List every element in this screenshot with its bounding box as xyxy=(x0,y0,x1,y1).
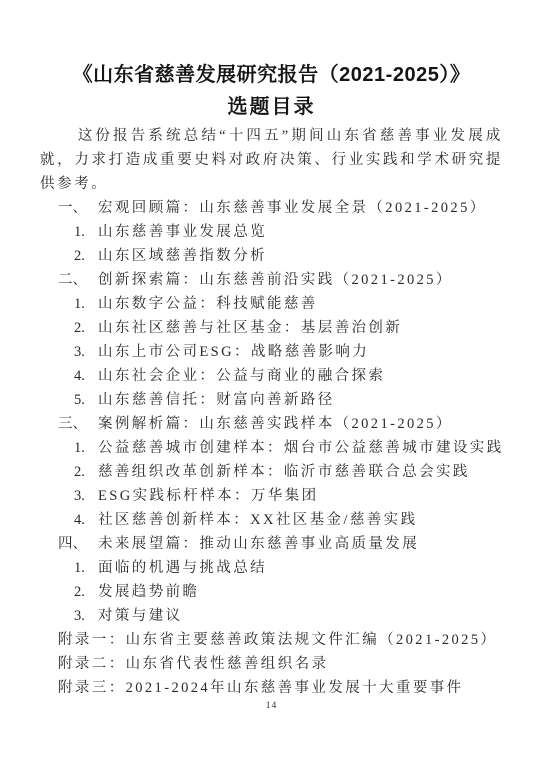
toc-line: 4.社区慈善创新样本：XX社区基金/慈善实践 xyxy=(40,508,503,532)
page-number: 14 xyxy=(0,701,543,711)
toc-text: 慈善组织改革创新样本：临沂市慈善联合总会实践 xyxy=(98,464,470,480)
toc-marker: 3. xyxy=(74,340,98,364)
report-title: 《山东省慈善发展研究报告（2021-2025）》 xyxy=(40,62,503,88)
toc-line: 4.山东社会企业：公益与商业的融合探索 xyxy=(40,364,503,388)
toc-text: 创新探索篇：山东慈善前沿实践（2021-2025） xyxy=(98,272,453,288)
toc-marker: 附录二： xyxy=(58,656,126,672)
toc-line: 3.ESG实践标杆样本：万华集团 xyxy=(40,484,503,508)
toc-line: 1.公益慈善城市创建样本：烟台市公益慈善城市建设实践 xyxy=(40,436,503,460)
toc-marker: 2. xyxy=(74,244,98,268)
toc-text: 对策与建议 xyxy=(98,608,183,624)
toc-marker: 三、 xyxy=(58,412,98,436)
toc-text: 山东上市公司ESG：战略慈善影响力 xyxy=(98,344,369,360)
toc-text: 未来展望篇：推动山东慈善事业高质量发展 xyxy=(98,536,419,552)
toc-marker: 4. xyxy=(74,508,98,532)
toc-marker: 附录三： xyxy=(58,680,126,696)
toc-text: 山东社区慈善与社区基金：基层善治创新 xyxy=(98,320,402,336)
toc-line: 三、案例解析篇：山东慈善实践样本（2021-2025） xyxy=(40,412,503,436)
toc-text: 面临的机遇与挑战总结 xyxy=(98,560,267,576)
toc-marker: 2. xyxy=(74,316,98,340)
toc-line: 1.面临的机遇与挑战总结 xyxy=(40,556,503,580)
toc-marker: 一、 xyxy=(58,196,98,220)
toc-marker: 3. xyxy=(74,604,98,628)
toc-line: 2.慈善组织改革创新样本：临沂市慈善联合总会实践 xyxy=(40,460,503,484)
toc-text: 2021-2024年山东慈善事业发展十大重要事件 xyxy=(126,680,464,696)
toc-text: 山东省代表性慈善组织名录 xyxy=(126,656,329,672)
toc-list: 一、宏观回顾篇：山东慈善事业发展全景（2021-2025） 1.山东慈善事业发展… xyxy=(40,196,503,700)
toc-text: 社区慈善创新样本：XX社区基金/慈善实践 xyxy=(98,512,417,528)
toc-text: 公益慈善城市创建样本：烟台市公益慈善城市建设实践 xyxy=(98,440,504,456)
toc-text: 宏观回顾篇：山东慈善事业发展全景（2021-2025） xyxy=(98,200,487,216)
toc-line: 3.对策与建议 xyxy=(40,604,503,628)
toc-line: 2.山东社区慈善与社区基金：基层善治创新 xyxy=(40,316,503,340)
document-content: 《山东省慈善发展研究报告（2021-2025）》 选题目录 这份报告系统总结“十… xyxy=(0,0,543,700)
toc-text: 山东社会企业：公益与商业的融合探索 xyxy=(98,368,385,384)
toc-text: 山东省主要慈善政策法规文件汇编（2021-2025） xyxy=(126,632,498,648)
toc-text: 山东区域慈善指数分析 xyxy=(98,248,267,264)
toc-text: 发展趋势前瞻 xyxy=(98,584,199,600)
document-page: 《山东省慈善发展研究报告（2021-2025）》 选题目录 这份报告系统总结“十… xyxy=(0,0,543,768)
toc-marker: 2. xyxy=(74,460,98,484)
toc-marker: 2. xyxy=(74,580,98,604)
toc-line: 四、未来展望篇：推动山东慈善事业高质量发展 xyxy=(40,532,503,556)
toc-marker: 1. xyxy=(74,292,98,316)
toc-line: 1.山东数字公益：科技赋能慈善 xyxy=(40,292,503,316)
toc-text: 山东数字公益：科技赋能慈善 xyxy=(98,296,318,312)
toc-line: 附录二：山东省代表性慈善组织名录 xyxy=(40,652,503,676)
toc-text: 山东慈善信托：财富向善新路径 xyxy=(98,392,335,408)
toc-marker: 1. xyxy=(74,220,98,244)
toc-text: ESG实践标杆样本：万华集团 xyxy=(98,488,319,504)
toc-marker: 1. xyxy=(74,436,98,460)
toc-marker: 四、 xyxy=(58,532,98,556)
toc-text: 案例解析篇：山东慈善实践样本（2021-2025） xyxy=(98,416,453,432)
toc-line: 一、宏观回顾篇：山东慈善事业发展全景（2021-2025） xyxy=(40,196,503,220)
intro-paragraph: 这份报告系统总结“十四五”期间山东省慈善事业发展成就，力求打造成重要史料对政府决… xyxy=(40,124,503,196)
toc-line: 3.山东上市公司ESG：战略慈善影响力 xyxy=(40,340,503,364)
toc-marker: 附录一： xyxy=(58,632,126,648)
toc-marker: 3. xyxy=(74,484,98,508)
toc-line: 1.山东慈善事业发展总览 xyxy=(40,220,503,244)
toc-line: 5.山东慈善信托：财富向善新路径 xyxy=(40,388,503,412)
toc-marker: 二、 xyxy=(58,268,98,292)
toc-text: 山东慈善事业发展总览 xyxy=(98,224,267,240)
toc-line: 二、创新探索篇：山东慈善前沿实践（2021-2025） xyxy=(40,268,503,292)
toc-line: 附录一：山东省主要慈善政策法规文件汇编（2021-2025） xyxy=(40,628,503,652)
toc-line: 附录三：2021-2024年山东慈善事业发展十大重要事件 xyxy=(40,676,503,700)
toc-line: 2.山东区域慈善指数分析 xyxy=(40,244,503,268)
report-subtitle: 选题目录 xyxy=(40,94,503,120)
toc-line: 2.发展趋势前瞻 xyxy=(40,580,503,604)
toc-marker: 4. xyxy=(74,364,98,388)
toc-marker: 1. xyxy=(74,556,98,580)
toc-marker: 5. xyxy=(74,388,98,412)
